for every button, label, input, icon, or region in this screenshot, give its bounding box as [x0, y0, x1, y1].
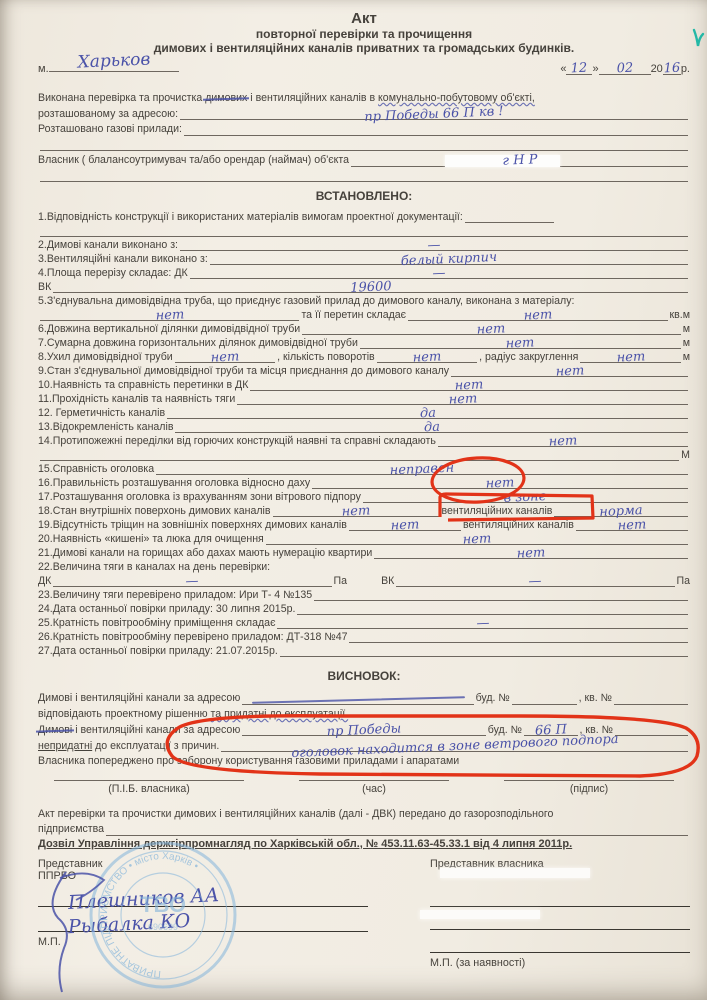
city-fill-line: Харьков: [49, 71, 179, 72]
label-text: кв.м: [670, 309, 691, 322]
handwritten-value: нет: [617, 519, 646, 533]
conclusion-section: Димові і вентиляційні канали за адресоюб…: [38, 689, 690, 768]
fill-line: [40, 459, 679, 461]
sign-column: (підпис): [494, 780, 684, 795]
sign-line: (підпис): [504, 780, 674, 795]
fill-line: [106, 834, 688, 836]
handwritten-value: да: [423, 421, 440, 434]
fill-line: [512, 703, 577, 705]
fill-line: [349, 641, 688, 643]
label-text: м: [683, 351, 690, 364]
label-text: м: [683, 337, 690, 350]
label-text: 4.Площа перерізу складає: ДК: [38, 267, 188, 280]
label-text: , радіус закруглення: [479, 351, 578, 364]
label-text: Димові і вентиляційні канали за адресою: [38, 692, 240, 705]
handwritten-value: нет: [477, 323, 506, 337]
inspector-role-line2: ППРБО: [38, 870, 368, 882]
handwritten-value: нет: [412, 351, 441, 365]
label-text: 7.Сумарна довжина горизонтальних ділянок…: [38, 337, 358, 350]
label-text: 5.З'єднувальна димовідвідна труба, що пр…: [38, 295, 574, 308]
check-mark-icon: [694, 30, 703, 46]
fill-line: нет: [312, 487, 688, 489]
inspector-signature-2: Рыбалка КО: [68, 910, 191, 938]
form-line: 14.Протипожежні переділки від горючих ко…: [38, 433, 690, 447]
label-text: Власника попереджено про заборону корист…: [38, 755, 459, 768]
fill-line: норма: [554, 515, 688, 517]
form-line: 20.Наявність «кишені» та люка для очищен…: [38, 531, 690, 545]
owner-line-1: [430, 884, 690, 907]
form-line: 26.Кратність повітрообміну перевірено пр…: [38, 629, 690, 643]
fill-line: г Н Р: [351, 165, 688, 167]
fill-line: —: [53, 585, 331, 587]
handwritten-value: нет: [616, 351, 645, 365]
label-text: Па: [677, 575, 691, 588]
time-line: (час): [299, 780, 449, 795]
form-line: 4.Площа перерізу складає: ДК—: [38, 265, 690, 279]
handwritten-value: нет: [506, 337, 535, 351]
fill-line: [242, 703, 473, 705]
handwritten-value: г Н Р: [502, 154, 537, 168]
label-text: 25.Кратність повітрообміну приміщення ск…: [38, 617, 275, 630]
fill-line: оголовок находится в зоне ветрового подп…: [221, 750, 688, 752]
label-text: 2.Димові канали виконано з:: [38, 239, 178, 252]
fill-line: [314, 599, 688, 601]
form-line: Димові і вентиляційні канали за адресоюб…: [38, 689, 690, 705]
fill-line: —: [180, 249, 688, 251]
signature-labels-row: (П.І.Б. власника) (час) (підпис): [44, 780, 684, 795]
fill-line: 19600: [53, 291, 688, 293]
fill-line: [615, 734, 688, 736]
form-line: 17.Розташування оголовка із врахуванням …: [38, 489, 690, 503]
fill-line: [280, 655, 688, 657]
handwritten-value: —: [427, 239, 441, 252]
form-line: [38, 223, 690, 237]
handwritten-value: нет: [523, 309, 552, 323]
label-text: комунально-побутовому об'єкті,: [378, 92, 535, 105]
handwritten-value: нет: [455, 379, 484, 393]
date-month-line: 02: [599, 73, 651, 75]
handwritten-value: нет: [555, 365, 584, 379]
form-line: 13.Відокремленість каналівда: [38, 419, 690, 433]
stamp-place-right: М.П. (за наявності): [430, 957, 690, 969]
fill-line: нет: [438, 445, 688, 447]
form-line: [38, 136, 690, 152]
fill-line: нет: [175, 361, 275, 363]
label-text: 19.Відсутність тріщин на зовнішніх повер…: [38, 519, 347, 532]
label-text: ВК: [38, 281, 51, 294]
handwritten-value: нет: [462, 533, 491, 547]
time-column: (час): [294, 780, 454, 795]
form-line: 18.Стан внутрішніх поверхонь димових кан…: [38, 503, 690, 517]
label-text: розташованому за адресою:: [38, 108, 178, 121]
handwritten-value: неправен: [390, 462, 455, 477]
form-line: ВК19600: [38, 279, 690, 293]
date-year-line: 16: [663, 73, 681, 75]
label-text: підприємства: [38, 823, 104, 836]
handwritten-value: —: [529, 575, 543, 588]
fill-line: [465, 221, 554, 223]
label-text: 22.Величина тяги в каналах на день перев…: [38, 561, 270, 574]
city-field: м.Харьков: [38, 63, 179, 75]
handwritten-value: —: [186, 575, 200, 588]
label-text: 24.Дата останньої повірки приладу: 30 ли…: [38, 603, 295, 616]
owner-line-3: [430, 930, 690, 953]
redaction-patch: [420, 910, 540, 919]
form-line: М: [38, 447, 690, 461]
label-text: 18.Стан внутрішніх поверхонь димових кан…: [38, 505, 271, 518]
inspector-signature-line-1: Плешников АА: [38, 882, 368, 907]
form-line: ДК—ПаВК—Па: [38, 573, 690, 587]
form-line: 3.Вентиляційні канали виконано з:белый к…: [38, 251, 690, 265]
fill-line: нет: [349, 529, 461, 531]
stamp-place-left: М.П.: [38, 936, 368, 948]
label-text: 17.Розташування оголовка із врахуванням …: [38, 491, 361, 504]
form-line: 25.Кратність повітрообміну приміщення ск…: [38, 615, 690, 629]
form-line: 11.Прохідність каналів та наявність тяги…: [38, 391, 690, 405]
label-text: Розташовано газові прилади:: [38, 123, 182, 136]
label-text: Акт перевірки та прочистки димових і вен…: [38, 808, 553, 821]
handwritten-value: нет: [155, 309, 184, 323]
label-text: непридатні: [38, 740, 92, 753]
label-text: вентиляційних каналів: [463, 519, 574, 532]
label-text: буд. №: [488, 724, 522, 737]
label-text: Власник ( блалансоутримувач та/або оренд…: [38, 154, 349, 167]
form-line: нетта її перетин складаєнеткв.м: [38, 307, 690, 321]
form-line: 22.Величина тяги в каналах на день перев…: [38, 559, 690, 573]
label-text: 21.Димові канали на горищах або дахах ма…: [38, 547, 372, 560]
city-date-row: м.Харьков «12»022016р.: [38, 63, 690, 75]
label-text: і вентиляційних каналів в: [247, 92, 378, 105]
fill-line: белый кирпич: [210, 263, 688, 265]
form-line: 27.Дата останньої повірки приладу: 21.07…: [38, 643, 690, 657]
label-text: 16.Правильність розташування оголовка ві…: [38, 477, 310, 490]
permit-line: Дозвіл Управління держгірпромнагляд по Х…: [38, 838, 690, 850]
form-line: 9.Стан з'єднувальної димовідвідної труби…: [38, 363, 690, 377]
label-text: 9.Стан з'єднувальної димовідвідної труби…: [38, 365, 449, 378]
label-text: , кількість поворотів: [277, 351, 375, 364]
handwritten-value: нет: [210, 351, 239, 365]
date-month-handwritten: 02: [616, 61, 633, 77]
form-line: [38, 167, 690, 183]
form-line: 24.Дата останньої повірки приладу: 30 ли…: [38, 601, 690, 615]
form-line: непридатні до експлуатації з причин.огол…: [38, 736, 690, 752]
time-label: (час): [362, 783, 386, 795]
label-text: та придатні до експлуатації.: [211, 708, 349, 721]
fill-line: да: [175, 431, 688, 433]
form-line: 23.Величину тяги перевірено приладом: Ир…: [38, 587, 690, 601]
handwritten-value: нет: [486, 477, 515, 491]
date-day-line: 12: [566, 73, 592, 75]
doc-subtitle-1: повторної перевірки та прочищення: [38, 27, 690, 41]
form-line: відповідають проектному рішенню та прида…: [38, 705, 690, 721]
inspector-role-line1: Представник: [38, 858, 368, 870]
fill-line: да: [167, 417, 688, 419]
handwritten-value: в зоне: [504, 491, 547, 505]
form-line: розташованому за адресою:пр Победы 66 П …: [38, 105, 690, 121]
footer-columns: Представник ППРБО Плешников АА Рыбалка К…: [38, 858, 690, 969]
fill-line: [40, 180, 688, 182]
label-text: димових: [205, 92, 247, 105]
document-content: Акт повторної перевірки та прочищення ди…: [38, 10, 690, 969]
fill-line: —: [277, 627, 688, 629]
conclusion-heading: ВИСНОВОК:: [38, 669, 690, 683]
form-line: 7.Сумарна довжина горизонтальних ділянок…: [38, 335, 690, 349]
label-text: 13.Відокремленість каналів: [38, 421, 173, 434]
label-text: , кв. №: [579, 692, 612, 705]
label-text: Виконана перевірка та прочистка: [38, 92, 205, 105]
label-text: 6.Довжина вертикальної ділянки димовідві…: [38, 323, 300, 336]
fill-line: нет: [580, 361, 680, 363]
fill-line: нет: [576, 529, 688, 531]
label-text: м: [683, 323, 690, 336]
label-text: 23.Величину тяги перевірено приладом: Ир…: [38, 589, 312, 602]
label-text: М: [681, 449, 690, 462]
form-line: 19.Відсутність тріщин на зовнішніх повер…: [38, 517, 690, 531]
label-text: та її перетин складає: [301, 309, 406, 322]
handwritten-value: нет: [548, 435, 577, 449]
label-text: 27.Дата останньої повірки приладу: 21.07…: [38, 645, 278, 658]
doc-title: Акт: [38, 10, 690, 27]
fill-line: пр Победы: [242, 734, 486, 736]
form-line: 6.Довжина вертикальної ділянки димовідві…: [38, 321, 690, 335]
label-text: 8.Ухил димовідвідної труби: [38, 351, 173, 364]
fill-line: нет: [237, 403, 688, 405]
handwritten-value: пр Победы: [327, 723, 402, 739]
fill-line: нет: [360, 347, 681, 349]
label-text: 10.Наявність та справність перетинки в Д…: [38, 379, 248, 392]
label-text: 3.Вентиляційні канали виконано з:: [38, 253, 208, 266]
form-line: підприємства: [38, 820, 690, 836]
label-text: буд. №: [476, 692, 510, 705]
fill-line: нет: [408, 319, 667, 321]
handwritten-value: нет: [517, 547, 546, 561]
form-line: 1.Відповідність конструкції і використан…: [38, 209, 690, 223]
city-handwritten: Харьков: [77, 49, 150, 72]
label-text: 26.Кратність повітрообміну перевірено пр…: [38, 631, 347, 644]
label-text: ВК: [381, 575, 394, 588]
label-text: 11.Прохідність каналів та наявність тяги: [38, 393, 235, 406]
scanned-document-page: Акт повторної перевірки та прочищення ди…: [0, 0, 707, 1000]
fill-line: [40, 235, 688, 237]
form-line: Акт перевірки та прочистки димових і вен…: [38, 805, 690, 821]
fill-line: нет: [302, 333, 681, 335]
form-line: Виконана перевірка та прочистка димових …: [38, 89, 690, 105]
form-line: 8.Ухил димовідвідної трубинет, кількість…: [38, 349, 690, 363]
label-text: 15.Справність оголовка: [38, 463, 154, 476]
label-text: 20.Наявність «кишені» та люка для очищен…: [38, 533, 264, 546]
form-line: Власник ( блалансоутримувач та/або оренд…: [38, 151, 690, 167]
fill-line: [184, 134, 688, 136]
label-text: Димові: [38, 724, 72, 737]
established-section: 1.Відповідність конструкції і використан…: [38, 209, 690, 657]
fill-line: [297, 613, 688, 615]
label-text: 1.Відповідність конструкції і використан…: [38, 211, 463, 224]
inspector-signature-block: Представник ППРБО Плешников АА Рыбалка К…: [38, 858, 368, 969]
date-day-handwritten: 12: [571, 61, 588, 77]
inspector-signature-line-2: Рыбалка КО: [38, 907, 368, 932]
date-field: «12»022016р.: [560, 63, 690, 75]
transfer-section: Акт перевірки та прочистки димових і вен…: [38, 805, 690, 836]
form-line: 15.Справність оголовканеправен: [38, 461, 690, 475]
handwritten-value: 19600: [350, 281, 392, 295]
handwritten-value: да: [419, 407, 436, 420]
label-text: до експлуатації з причин.: [92, 740, 219, 753]
handwritten-value: нет: [341, 505, 370, 519]
label-text: ДК: [38, 575, 51, 588]
fill-line: —: [396, 585, 674, 587]
fill-line: нет: [266, 543, 688, 545]
label-text: 12. Герметичність каналів: [38, 407, 165, 420]
fill-line: неправен: [156, 473, 688, 475]
handwritten-value: —: [432, 267, 446, 280]
label-text: Па: [334, 575, 348, 588]
form-line: 16.Правильність розташування оголовка ві…: [38, 475, 690, 489]
fill-line: нет: [377, 361, 477, 363]
label-text: відповідають проектному рішенню: [38, 708, 211, 721]
redaction-patch: [440, 868, 590, 878]
handwritten-value: нет: [390, 519, 419, 533]
owner-name-label: (П.І.Б. власника): [108, 783, 190, 795]
label-text: і вентиляційні канали за адресою: [72, 724, 240, 737]
fill-line: [614, 703, 688, 705]
date-year-handwritten: 16: [663, 61, 680, 77]
date-suffix: р.: [681, 63, 690, 75]
label-text: 14.Протипожежні переділки від горючих ко…: [38, 435, 436, 448]
intro-section: Виконана перевірка та прочистка димових …: [38, 89, 690, 182]
owner-signature-block: Представник власника М.П. (за наявності): [430, 858, 690, 969]
form-line: 21.Димові канали на горищах або дахах ма…: [38, 545, 690, 559]
fill-line: [40, 149, 688, 151]
form-line: 2.Димові канали виконано з:—: [38, 237, 690, 251]
fill-line: нет: [40, 319, 299, 321]
fill-line: нет: [374, 557, 688, 559]
established-heading: ВСТАНОВЛЕНО:: [38, 189, 690, 203]
fill-line: пр Победы 66 П кв !: [180, 118, 688, 120]
date-year-prefix: 20: [651, 63, 663, 75]
form-line: 12. Герметичність каналівда: [38, 405, 690, 419]
fill-line: нет: [451, 375, 688, 377]
owner-name-line: (П.І.Б. власника): [54, 780, 244, 795]
owner-name-column: (П.І.Б. власника): [44, 780, 254, 795]
sign-label: (підпис): [570, 783, 608, 795]
label-text: вентиляційних каналів: [441, 505, 552, 518]
fill-line: —: [190, 277, 688, 279]
handwritten-value: —: [476, 617, 490, 630]
city-label: м.: [38, 63, 49, 75]
form-line: 10.Наявність та справність перетинки в Д…: [38, 377, 690, 391]
handwritten-value: нет: [448, 393, 477, 407]
